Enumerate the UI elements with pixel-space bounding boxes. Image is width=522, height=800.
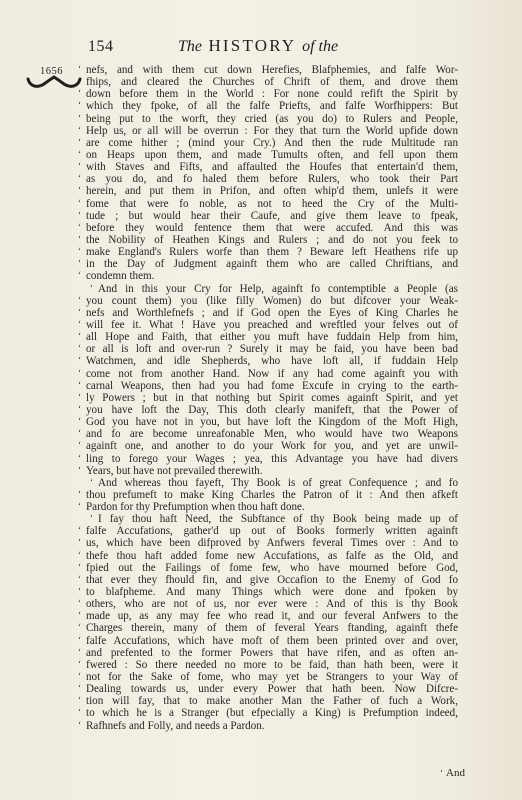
text-line: ‘in the Day of Judgment againft them who… [78,258,458,270]
line-text: nefs and Worthlefnefs ; and if God open … [86,307,458,319]
text-line: ‘or all is loft and over-run ? Surely it… [78,343,458,355]
quote-mark: ‘ [78,646,81,658]
quote-mark: ‘ [78,439,81,451]
text-line: ‘down before them in the World : For non… [78,88,458,100]
text-line: ‘And whereas thou fayeft, Thy Book is of… [78,477,458,489]
line-text: others, who are not of us, nor ever were… [86,598,458,610]
line-text: on Heaps upon them, and made Tumults oft… [86,149,458,161]
text-line: ‘before they would fentence them that we… [78,222,458,234]
quote-mark: ‘ [78,209,81,221]
quote-mark: ‘ [78,221,81,233]
running-title-main: HISTORY [208,36,295,55]
quote-mark: ‘ [78,379,81,391]
quote-mark: ‘ [78,367,81,379]
line-text: as you do, and fo haled them before Rule… [86,173,458,185]
quote-mark: ‘ [78,233,81,245]
line-text: I fay thou haft Need, the Subftance of t… [98,513,458,525]
line-text: Dealing towards us, under every Power th… [86,683,458,695]
quote-mark: ‘ [78,269,81,281]
line-text: make England's Rulers worfe than them ? … [86,246,458,258]
text-line: ‘on Heaps upon them, and made Tumults of… [78,149,458,161]
text-line: ‘to blafpheme. And many Things which wer… [78,586,458,598]
quote-mark: ‘ [78,706,81,718]
text-line: ‘the Nobility of Heathen Kings and Ruler… [78,234,458,246]
text-line: ‘make England's Rulers worfe than them ?… [78,246,458,258]
text-line: ‘nefs and Worthlefnefs ; and if God open… [78,307,458,319]
text-line: ‘and prefented to the former Powers that… [78,647,458,659]
line-text: come not from another Hand. Now if any h… [86,368,458,380]
running-title-suffix: of the [302,38,338,55]
text-line: ‘fome that were fo noble, as not to heed… [78,198,458,210]
page-number: 154 [88,38,114,56]
line-text: againft one, and another to do your Work… [86,440,458,452]
quote-mark: ‘ [78,148,81,160]
quote-mark: ‘ [90,512,93,524]
line-text: in the Day of Judgment againft them who … [86,258,458,270]
text-line: ‘Watchmen, and idle Shepherds, who have … [78,355,458,367]
quote-mark: ‘ [78,524,81,536]
text-line: ‘and fo are become unreafonable Men, who… [78,428,458,440]
running-title-prefix: The [178,38,202,55]
line-text: ling to forego your Wages ; yea, this Ad… [86,453,458,465]
quote-mark: ‘ [90,282,93,294]
text-line: ‘Charges therein, many of them of fevera… [78,622,458,634]
line-text: and prefented to the former Powers that … [86,647,458,659]
line-text: made up, as any may fee who read it, and… [86,610,458,622]
quote-mark: ‘ [78,427,81,439]
quote-mark: ‘ [78,342,81,354]
text-line: ‘Dealing towards us, under every Power t… [78,683,458,695]
line-text: before they would fentence them that wer… [86,222,458,234]
quote-mark: ‘ [78,549,81,561]
line-text: Rafhnefs and Folly, and needs a Pardon. [86,720,265,732]
quote-mark: ‘ [78,330,81,342]
quote-mark: ‘ [78,99,81,111]
quote-mark: ‘ [78,391,81,403]
text-line: ‘will fee it. What ! Have you preached a… [78,319,458,331]
line-text: that ever they fhould fin, and give Occa… [86,574,458,586]
text-line: ‘ly Powers ; but in that nothing but Spi… [78,392,458,404]
text-line: ‘thefe thou haft added fome new Accufati… [78,550,458,562]
text-line: ‘carnal Weapons, then had you had fome E… [78,380,458,392]
quote-mark: ‘ [78,160,81,172]
text-line: ‘with Staves and Fifts, and affaulted th… [78,161,458,173]
line-text: Pardon for thy Prefumption when thou haf… [86,501,305,513]
quote-mark: ‘ [78,561,81,573]
text-line: ‘made up, as any may fee who read it, an… [78,610,458,622]
line-text: you count them) you (like filly Women) d… [86,295,458,307]
line-text: And whereas thou fayeft, Thy Book is of … [98,477,458,489]
quote-mark: ‘ [78,536,81,548]
line-text: God you have not in you, but have loft t… [86,416,458,428]
text-line: ‘Years, but have not prevailed therewith… [78,465,458,477]
line-text: thefe thou haft added fome new Accufatio… [86,550,458,562]
text-line: ‘Help us, or all will be overrun : For t… [78,125,458,137]
quote-mark: ‘ [78,245,81,257]
quote-mark: ‘ [78,75,81,87]
line-text: falfe Accufations, gather'd up out of Bo… [86,525,458,537]
text-line: ‘againft one, and another to do your Wor… [78,440,458,452]
line-text: down before them in the World : For none… [86,88,458,100]
line-text: fwered : So there needed no more to be f… [86,659,458,671]
text-line: ‘falfe Accufations, which have moft of t… [78,635,458,647]
text-line: ‘nefs, and with them cut down Herefies, … [78,64,458,76]
body-text: ‘nefs, and with them cut down Herefies, … [78,64,458,732]
quote-mark: ‘ [78,585,81,597]
quote-mark: ‘ [78,63,81,75]
line-text: us, which have been difproved by Anfwers… [86,537,458,549]
catchword: ‘And [440,767,465,779]
line-text: ly Powers ; but in that nothing but Spir… [86,392,458,404]
quote-mark: ‘ [78,609,81,621]
text-line: ‘I fay thou haft Need, the Subftance of … [78,513,458,525]
catchword-text: And [446,767,465,779]
text-line: ‘thou prefumeft to make King Charles the… [78,489,458,501]
page-header: 154 The HISTORY of the [88,36,458,58]
text-line: ‘all Hope and Faith, that either you muf… [78,331,458,343]
quote-mark: ‘ [78,136,81,148]
quote-mark: ‘ [78,403,81,415]
line-text: fpied out the Failings of fome few, who … [86,562,458,574]
quote-mark: ‘ [78,318,81,330]
quote-mark: ‘ [78,464,81,476]
line-text: being put to the worft, they cried (as y… [86,113,458,125]
text-line: ‘you have loft the Day, This doth clearl… [78,404,458,416]
quote-mark: ‘ [78,197,81,209]
text-line: ‘to which he is a Stranger (but efpecial… [78,707,458,719]
quote-mark: ‘ [78,112,81,124]
line-text: carnal Weapons, then had you had fome Ex… [86,380,458,392]
quote-mark: ‘ [78,124,81,136]
text-line: ‘come not from another Hand. Now if any … [78,368,458,380]
text-line: ‘herein, and put them in Prifon, and oft… [78,185,458,197]
line-text: tion will fay, that to make another Man … [86,695,458,707]
line-text: falfe Accufations, which have moft of th… [86,635,458,647]
line-text: thou prefumeft to make King Charles the … [86,489,458,501]
line-text: you have loft the Day, This doth clearly… [86,404,458,416]
line-text: Years, but have not prevailed therewith. [86,465,263,477]
line-text: with Staves and Fifts, and affaulted the… [86,161,458,173]
line-text: all Hope and Faith, that either you muft… [86,331,458,343]
text-line: ‘not for the Sake of fome, who may yet b… [78,671,458,683]
quote-mark: ‘ [78,500,81,512]
line-text: Watchmen, and idle Shepherds, who have l… [86,355,458,367]
text-line: ‘God you have not in you, but have loft … [78,416,458,428]
running-title: The HISTORY of the [178,36,338,56]
quote-mark: ‘ [78,573,81,585]
line-text: fome that were fo noble, as not to heed … [86,198,458,210]
text-line: ‘which they fpoke, of all the falfe Prie… [78,100,458,112]
text-line: ‘others, who are not of us, nor ever wer… [78,598,458,610]
book-page: 154 The HISTORY of the 1656 ‘nefs, and w… [0,0,522,800]
quote-mark: ‘ [78,719,81,731]
text-line: ‘that ever they fhould fin, and give Occ… [78,574,458,586]
text-line: ‘you count them) you (like filly Women) … [78,295,458,307]
line-text: And in this your Cry for Help, againft f… [98,283,458,295]
quote-mark: ‘ [78,184,81,196]
quote-mark: ‘ [78,634,81,646]
line-text: which they fpoke, of all the falfe Prief… [86,100,458,112]
text-line: ‘fhips, and cleared the Churches of Chri… [78,76,458,88]
line-text: and fo are become unreafonable Men, who … [86,428,458,440]
line-text: Charges therein, many of them of feveral… [86,622,458,634]
line-text: will fee it. What ! Have you preached an… [86,319,458,331]
margin-brace-icon [26,75,82,91]
text-line: ‘us, which have been difproved by Anfwer… [78,537,458,549]
line-text: are come hither ; (mind your Cry.) And t… [86,137,458,149]
text-line: ‘tude ; but would hear their Caufe, and … [78,210,458,222]
line-text: to blafpheme. And many Things which were… [86,586,458,598]
quote-mark: ‘ [78,452,81,464]
text-line: ‘tion will fay, that to make another Man… [78,695,458,707]
line-text: the Nobility of Heathen Kings and Rulers… [86,234,458,246]
quote-mark: ‘ [78,354,81,366]
text-line: ‘Rafhnefs and Folly, and needs a Pardon. [78,720,458,732]
text-line: ‘being put to the worft, they cried (as … [78,113,458,125]
quote-mark: ‘ [440,768,443,778]
text-line: ‘And in this your Cry for Help, againft … [78,283,458,295]
quote-mark: ‘ [78,294,81,306]
line-text: condemn them. [86,270,154,282]
quote-mark: ‘ [78,694,81,706]
quote-mark: ‘ [90,476,93,488]
line-text: not for the Sake of fome, who may yet be… [86,671,458,683]
line-text: herein, and put them in Prifon, and ofte… [86,185,458,197]
text-line: ‘falfe Accufations, gather'd up out of B… [78,525,458,537]
line-text: tude ; but would hear their Caufe, and g… [86,210,458,222]
text-line: ‘are come hither ; (mind your Cry.) And … [78,137,458,149]
text-line: ‘ling to forego your Wages ; yea, this A… [78,453,458,465]
quote-mark: ‘ [78,658,81,670]
quote-mark: ‘ [78,87,81,99]
line-text: to which he is a Stranger (but efpeciall… [86,707,458,719]
quote-mark: ‘ [78,415,81,427]
quote-mark: ‘ [78,670,81,682]
quote-mark: ‘ [78,172,81,184]
quote-mark: ‘ [78,306,81,318]
text-line: ‘fpied out the Failings of fome few, who… [78,562,458,574]
text-line: ‘Pardon for thy Prefumption when thou ha… [78,501,458,513]
quote-mark: ‘ [78,597,81,609]
line-text: fhips, and cleared the Churches of Chrif… [86,76,458,88]
line-text: Help us, or all will be overrun : For th… [86,125,458,137]
quote-mark: ‘ [78,488,81,500]
line-text: or all is loft and over-run ? Surely it … [86,343,458,355]
quote-mark: ‘ [78,621,81,633]
quote-mark: ‘ [78,257,81,269]
line-text: nefs, and with them cut down Herefies, B… [86,64,458,76]
text-line: ‘fwered : So there needed no more to be … [78,659,458,671]
text-line: ‘condemn them. [78,270,458,282]
quote-mark: ‘ [78,682,81,694]
text-line: ‘as you do, and fo haled them before Rul… [78,173,458,185]
